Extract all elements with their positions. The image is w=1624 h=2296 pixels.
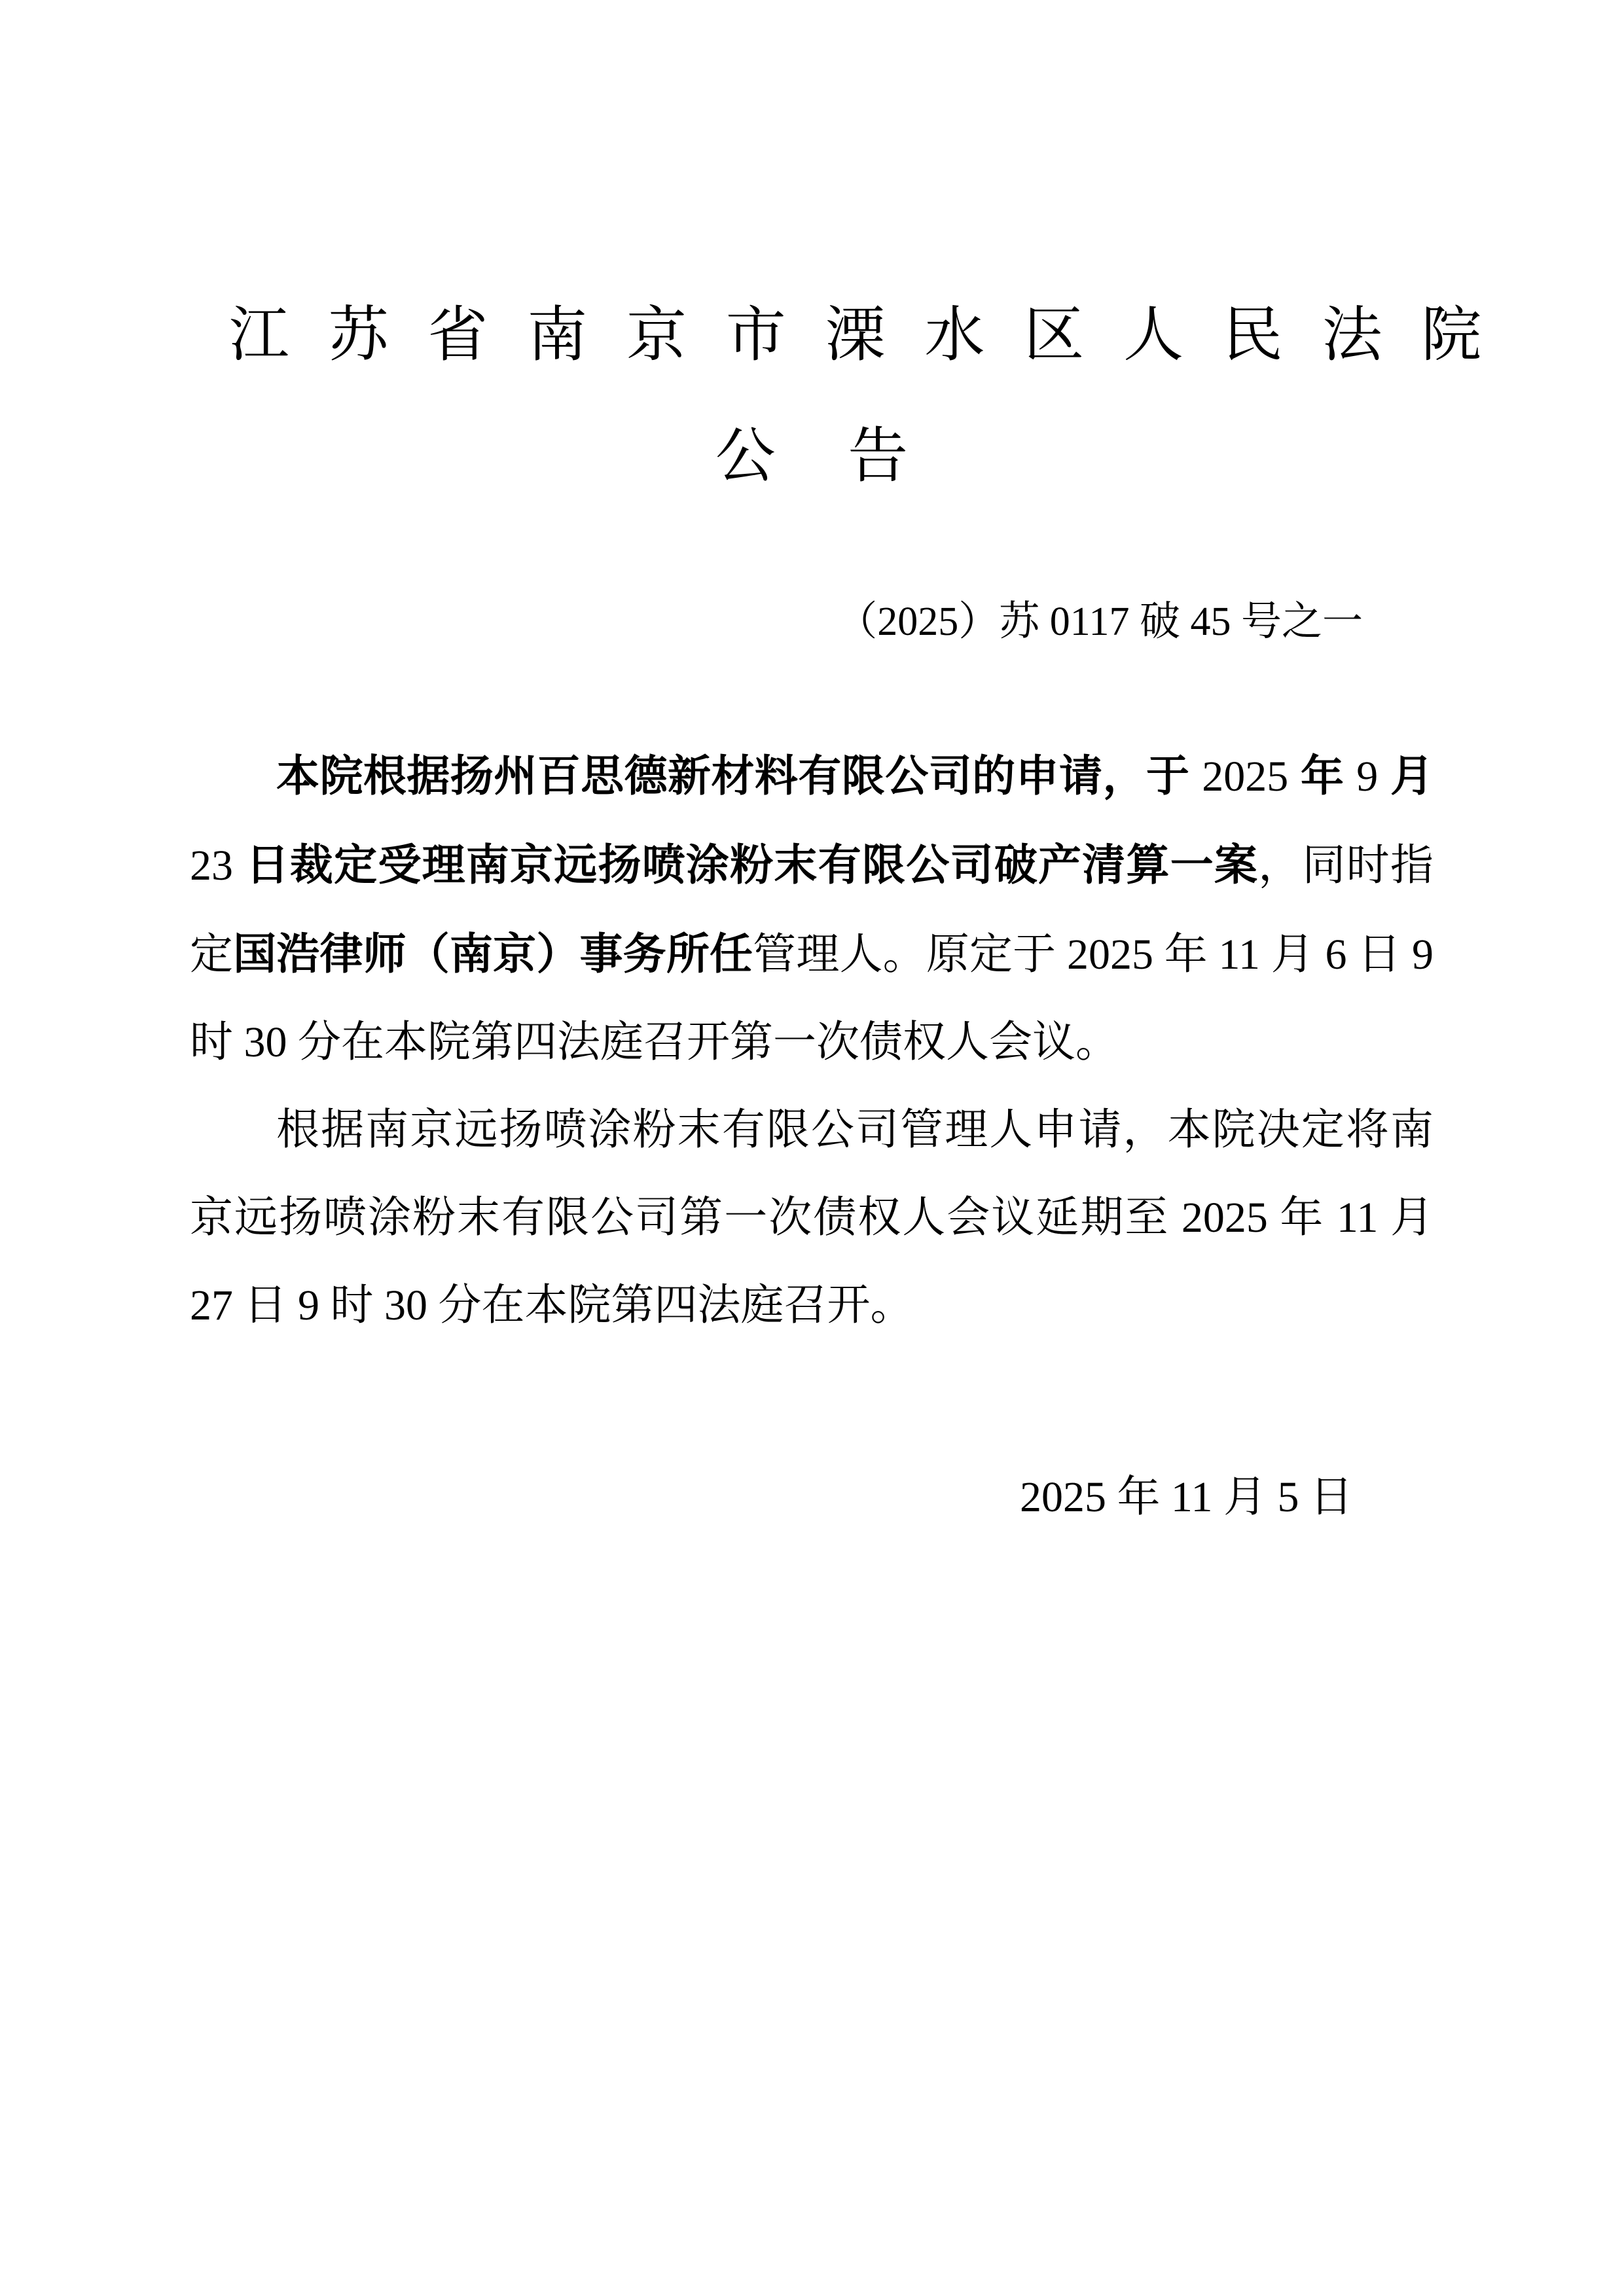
text-segment: 本院根据扬州百思德新材料有限公司的申请，于	[276, 751, 1202, 800]
court-name-title: 江苏省南京市溧水区人民法院	[190, 298, 1434, 373]
announcement-paragraph-2: 根据南京远扬喷涂粉末有限公司管理人申请，本院决定将南京远扬喷涂粉末有限公司第一次…	[190, 1086, 1434, 1350]
announcement-body: 本院根据扬州百思德新材料有限公司的申请，于 2025 年 9 月 23 日裁定受…	[190, 732, 1434, 1350]
announcement-paragraph-1: 本院根据扬州百思德新材料有限公司的申请，于 2025 年 9 月 23 日裁定受…	[190, 732, 1434, 1086]
issue-date: 2025 年 11 月 5 日	[190, 1454, 1434, 1541]
text-segment: 2025	[1202, 753, 1288, 800]
text-segment: 国浩律师（南京）事务所任	[233, 929, 753, 978]
text-segment: 日裁定受理南京远扬喷涂粉末有限公司破产清算一案	[233, 840, 1258, 889]
case-number: （2025）苏 0117 破 45 号之一	[190, 589, 1434, 655]
text-segment: 9	[1356, 753, 1378, 800]
text-segment: 年	[1288, 751, 1356, 800]
doc-type-title: 公告	[190, 419, 1434, 494]
text-segment: 23	[190, 842, 233, 889]
text-segment: 月	[1378, 751, 1434, 800]
text-segment: 根据南京远扬喷涂粉末有限公司管理人申请，本院决定将南京远扬喷涂粉末有限公司第一次…	[190, 1106, 1434, 1329]
announcement-document-page: 江苏省南京市溧水区人民法院 公告 （2025）苏 0117 破 45 号之一 本…	[0, 0, 1624, 2296]
